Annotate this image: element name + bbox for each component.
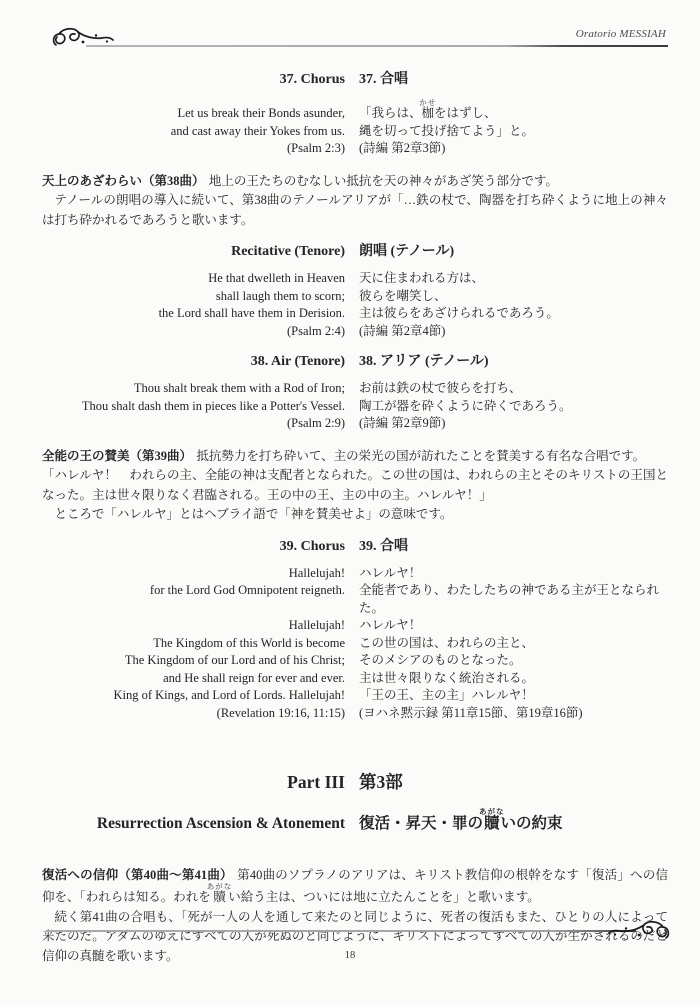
verse-line: and cast away their Yokes from us.縄を切って投… xyxy=(42,123,668,141)
verse-line-english: He that dwelleth in Heaven xyxy=(42,270,345,288)
verse-line: Thou shalt dash them in pieces like a Po… xyxy=(42,398,668,416)
ruby-annotated-kanji: 枷かせ xyxy=(422,106,435,120)
verse-line: (Revelation 19:16, 11:15)(ヨハネ黙示録 第11章15節… xyxy=(42,705,668,723)
verse-line-english: the Lord shall have them in Derision. xyxy=(42,305,345,323)
verse-line: The Kingdom of this World is becomeこの世の国… xyxy=(42,635,668,653)
verse-line: shall laugh them to scorn;彼らを嘲笑し、 xyxy=(42,288,668,306)
section-heading: Resurrection Ascension & Atonement復活・昇天・… xyxy=(42,807,668,836)
verse-line-english: Thou shalt dash them in pieces like a Po… xyxy=(42,398,345,416)
commentary-paragraph: 全能の王の賛美（第39曲）抵抗勢力を打ち砕いて、主の栄光の国が訪れたことを賛美す… xyxy=(42,447,668,467)
verse-line: King of Kings, and Lord of Lords. Hallel… xyxy=(42,687,668,705)
verse-line: (Psalm 2:4)(詩編 第2章4節) xyxy=(42,323,668,341)
section-heading: Part III第3部 xyxy=(42,770,668,794)
verse-block: Let us break their Bonds asunder,「我らは、枷か… xyxy=(42,98,668,158)
verse-line: (Psalm 2:9)(詩編 第2章9節) xyxy=(42,415,668,433)
verse-line-japanese: そのメシアのものとなった。 xyxy=(359,652,668,670)
verse-line-japanese: この世の国は、われらの主と、 xyxy=(359,635,668,653)
verse-line-japanese: (詩編 第2章9節) xyxy=(359,415,668,433)
verse-line-japanese: 陶工が器を砕くように砕くであろう。 xyxy=(359,398,668,416)
verse-line-english: (Revelation 19:16, 11:15) xyxy=(42,705,345,723)
section-heading-english: 39. Chorus xyxy=(42,537,345,557)
verse-line: Let us break their Bonds asunder,「我らは、枷か… xyxy=(42,98,668,123)
verse-block: Thou shalt break them with a Rod of Iron… xyxy=(42,380,668,433)
verse-line-english: Let us break their Bonds asunder, xyxy=(42,105,345,123)
commentary-block: 全能の王の賛美（第39曲）抵抗勢力を打ち砕いて、主の栄光の国が訪れたことを賛美す… xyxy=(42,447,668,525)
verse-line: He that dwelleth in Heaven天に住まわれる方は、 xyxy=(42,270,668,288)
verse-line: (Psalm 2:3)(詩編 第2章3節) xyxy=(42,140,668,158)
paragraph-lead: 復活への信仰（第40曲〜第41曲） xyxy=(42,868,233,882)
commentary-paragraph: テノールの朗唱の導入に続いて、第38曲のテノールアリアが「…鉄の杖で、陶器を打ち… xyxy=(42,191,668,230)
verse-line-english: (Psalm 2:4) xyxy=(42,323,345,341)
ruby-annotated-kanji: 贖あがな xyxy=(483,815,500,832)
verse-line-japanese: 天に住まわれる方は、 xyxy=(359,270,668,288)
verse-line: Hallelujah!ハレルヤ！ xyxy=(42,617,668,635)
commentary-paragraph: ところで「ハレルヤ」とはヘブライ語で「神を賛美せよ」の意味です。 xyxy=(42,505,668,525)
verse-line-japanese: 「我らは、枷かせをはずし、 xyxy=(359,98,668,123)
verse-line-japanese: ハレルヤ！ xyxy=(359,617,668,635)
section-heading-english: Recitative (Tenore) xyxy=(42,242,345,262)
footer-rule xyxy=(46,930,636,932)
verse-line-english: The Kingdom of this World is become xyxy=(42,635,345,653)
verse-line: Thou shalt break them with a Rod of Iron… xyxy=(42,380,668,398)
verse-line-english: and cast away their Yokes from us. xyxy=(42,123,345,141)
verse-line-japanese: (詩編 第2章3節) xyxy=(359,140,668,158)
verse-line-english: King of Kings, and Lord of Lords. Hallel… xyxy=(42,687,345,705)
section-heading-english: Part III xyxy=(42,770,345,794)
verse-line-english: for the Lord God Omnipotent reigneth. xyxy=(42,582,345,600)
section-heading: 37. Chorus37. 合唱 xyxy=(42,70,668,90)
verse-line-japanese: 主は世々限りなく統治される。 xyxy=(359,670,668,688)
verse-line: and He shall reign for ever and ever.主は世… xyxy=(42,670,668,688)
flourish-left-icon xyxy=(50,25,114,53)
verse-line: Hallelujah!ハレルヤ！ xyxy=(42,565,668,583)
verse-line-japanese: ハレルヤ！ xyxy=(359,565,668,583)
flourish-right-icon xyxy=(608,918,672,946)
verse-line-japanese: 主は彼らをあざけられるであろう。 xyxy=(359,305,668,323)
section-heading: 39. Chorus39. 合唱 xyxy=(42,537,668,557)
section-heading-japanese: 38. アリア (テノール) xyxy=(359,352,668,372)
page-number: 18 xyxy=(0,950,700,961)
verse-line-english: (Psalm 2:3) xyxy=(42,140,345,158)
section-heading: Recitative (Tenore)朗唱 (テノール) xyxy=(42,242,668,262)
verse-block: Hallelujah!ハレルヤ！for the Lord God Omnipot… xyxy=(42,565,668,723)
document-body: 37. Chorus37. 合唱Let us break their Bonds… xyxy=(0,0,700,966)
program-page: Oratorio MESSIAH 37. Chorus37. 合唱Let us … xyxy=(0,0,700,1005)
verse-line-english: Hallelujah! xyxy=(42,565,345,583)
verse-line-english: shall laugh them to scorn; xyxy=(42,288,345,306)
verse-line-english: The Kingdom of our Lord and of his Chris… xyxy=(42,652,345,670)
header-rule xyxy=(86,45,668,47)
commentary-paragraph: 復活への信仰（第40曲〜第41曲）第40曲のソプラノのアリアは、キリスト教信仰の… xyxy=(42,866,668,908)
section-heading-japanese: 39. 合唱 xyxy=(359,537,668,557)
verse-line-japanese: 全能者であり、わたしたちの神である主が王となられた。 xyxy=(359,582,668,617)
section-heading: 38. Air (Tenore)38. アリア (テノール) xyxy=(42,352,668,372)
verse-line-english: (Psalm 2:9) xyxy=(42,415,345,433)
commentary-paragraph: 天上のあざわらい（第38曲）地上の王たちのむなしい抵抗を天の神々があざ笑う部分で… xyxy=(42,172,668,192)
verse-line-japanese: 「王の王、主の主」ハレルヤ！ xyxy=(359,687,668,705)
verse-block: He that dwelleth in Heaven天に住まわれる方は、shal… xyxy=(42,270,668,340)
verse-line-japanese: (詩編 第2章4節) xyxy=(359,323,668,341)
verse-line-english: Hallelujah! xyxy=(42,617,345,635)
running-head: Oratorio MESSIAH xyxy=(576,28,666,40)
verse-line-english: and He shall reign for ever and ever. xyxy=(42,670,345,688)
verse-line: The Kingdom of our Lord and of his Chris… xyxy=(42,652,668,670)
verse-line-japanese: 彼らを嘲笑し、 xyxy=(359,288,668,306)
verse-line-japanese: 縄を切って投げ捨てよう」と。 xyxy=(359,123,668,141)
commentary-paragraph: 「ハレルヤ！ われらの主、全能の神は支配者となられた。この世の国は、われらの主と… xyxy=(42,466,668,505)
ruby-annotated-kanji: 贖あがな xyxy=(211,890,228,904)
section-heading-japanese: 第3部 xyxy=(359,770,668,794)
commentary-block: 天上のあざわらい（第38曲）地上の王たちのむなしい抵抗を天の神々があざ笑う部分で… xyxy=(42,172,668,231)
section-heading-japanese: 37. 合唱 xyxy=(359,70,668,90)
verse-line-japanese: (ヨハネ黙示録 第11章15節、第19章16節) xyxy=(359,705,668,723)
section-heading-english: Resurrection Ascension & Atonement xyxy=(42,812,345,836)
section-heading-japanese: 復活・昇天・罪の贖あがないの約束 xyxy=(359,807,668,836)
paragraph-lead: 天上のあざわらい（第38曲） xyxy=(42,174,205,188)
section-heading-japanese: 朗唱 (テノール) xyxy=(359,242,668,262)
verse-line-japanese: お前は鉄の杖で彼らを打ち、 xyxy=(359,380,668,398)
paragraph-lead: 全能の王の賛美（第39曲） xyxy=(42,449,192,463)
verse-line: for the Lord God Omnipotent reigneth.全能者… xyxy=(42,582,668,617)
verse-line: the Lord shall have them in Derision.主は彼… xyxy=(42,305,668,323)
section-heading-english: 38. Air (Tenore) xyxy=(42,352,345,372)
section-heading-english: 37. Chorus xyxy=(42,70,345,90)
verse-line-english: Thou shalt break them with a Rod of Iron… xyxy=(42,380,345,398)
